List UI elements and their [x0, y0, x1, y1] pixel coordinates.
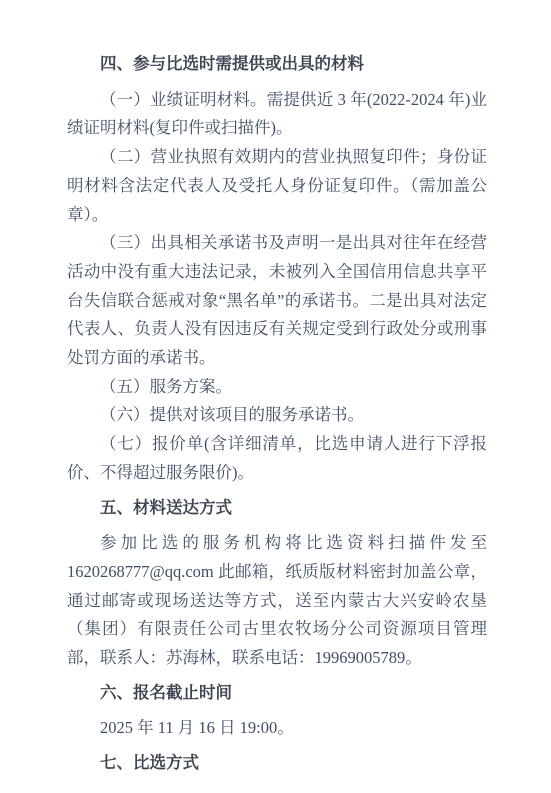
section-heading-selection-method: 七、比选方式 — [67, 749, 487, 778]
paragraph-item-3-commitment-letters: （三）出具相关承诺书及声明一是出具对往年在经营活动中没有重大违法记录，未被列入全… — [67, 229, 487, 373]
paragraph-item-5-service-plan: （五）服务方案。 — [67, 373, 487, 402]
section-heading-materials-required: 四、参与比选时需提供或出具的材料 — [67, 50, 487, 79]
paragraph-item-2-business-license: （二）营业执照有效期内的营业执照复印件；身份证明材料含法定代表人及受托人身份证复… — [67, 143, 487, 229]
document-body: 四、参与比选时需提供或出具的材料 （一）业绩证明材料。需提供近 3 年(2022… — [67, 44, 487, 785]
paragraph-deadline-date: 2025 年 11 月 16 日 19:00。 — [67, 714, 487, 743]
section-heading-registration-deadline: 六、报名截止时间 — [67, 679, 487, 708]
paragraph-item-6-service-commitment: （六）提供对该项目的服务承诺书。 — [67, 401, 487, 430]
paragraph-item-7-quotation: （七）报价单(含详细清单，比选申请人进行下浮报价、不得超过服务限价)。 — [67, 430, 487, 487]
paragraph-item-1-performance-proof: （一）业绩证明材料。需提供近 3 年(2022-2024 年)业绩证明材料(复印… — [67, 86, 487, 143]
document-page: 四、参与比选时需提供或出具的材料 （一）业绩证明材料。需提供近 3 年(2022… — [0, 0, 551, 793]
section-heading-delivery-method: 五、材料送达方式 — [67, 494, 487, 523]
paragraph-delivery-details: 参加比选的服务机构将比选资料扫描件发至 1620268777@qq.com 此邮… — [67, 529, 487, 673]
